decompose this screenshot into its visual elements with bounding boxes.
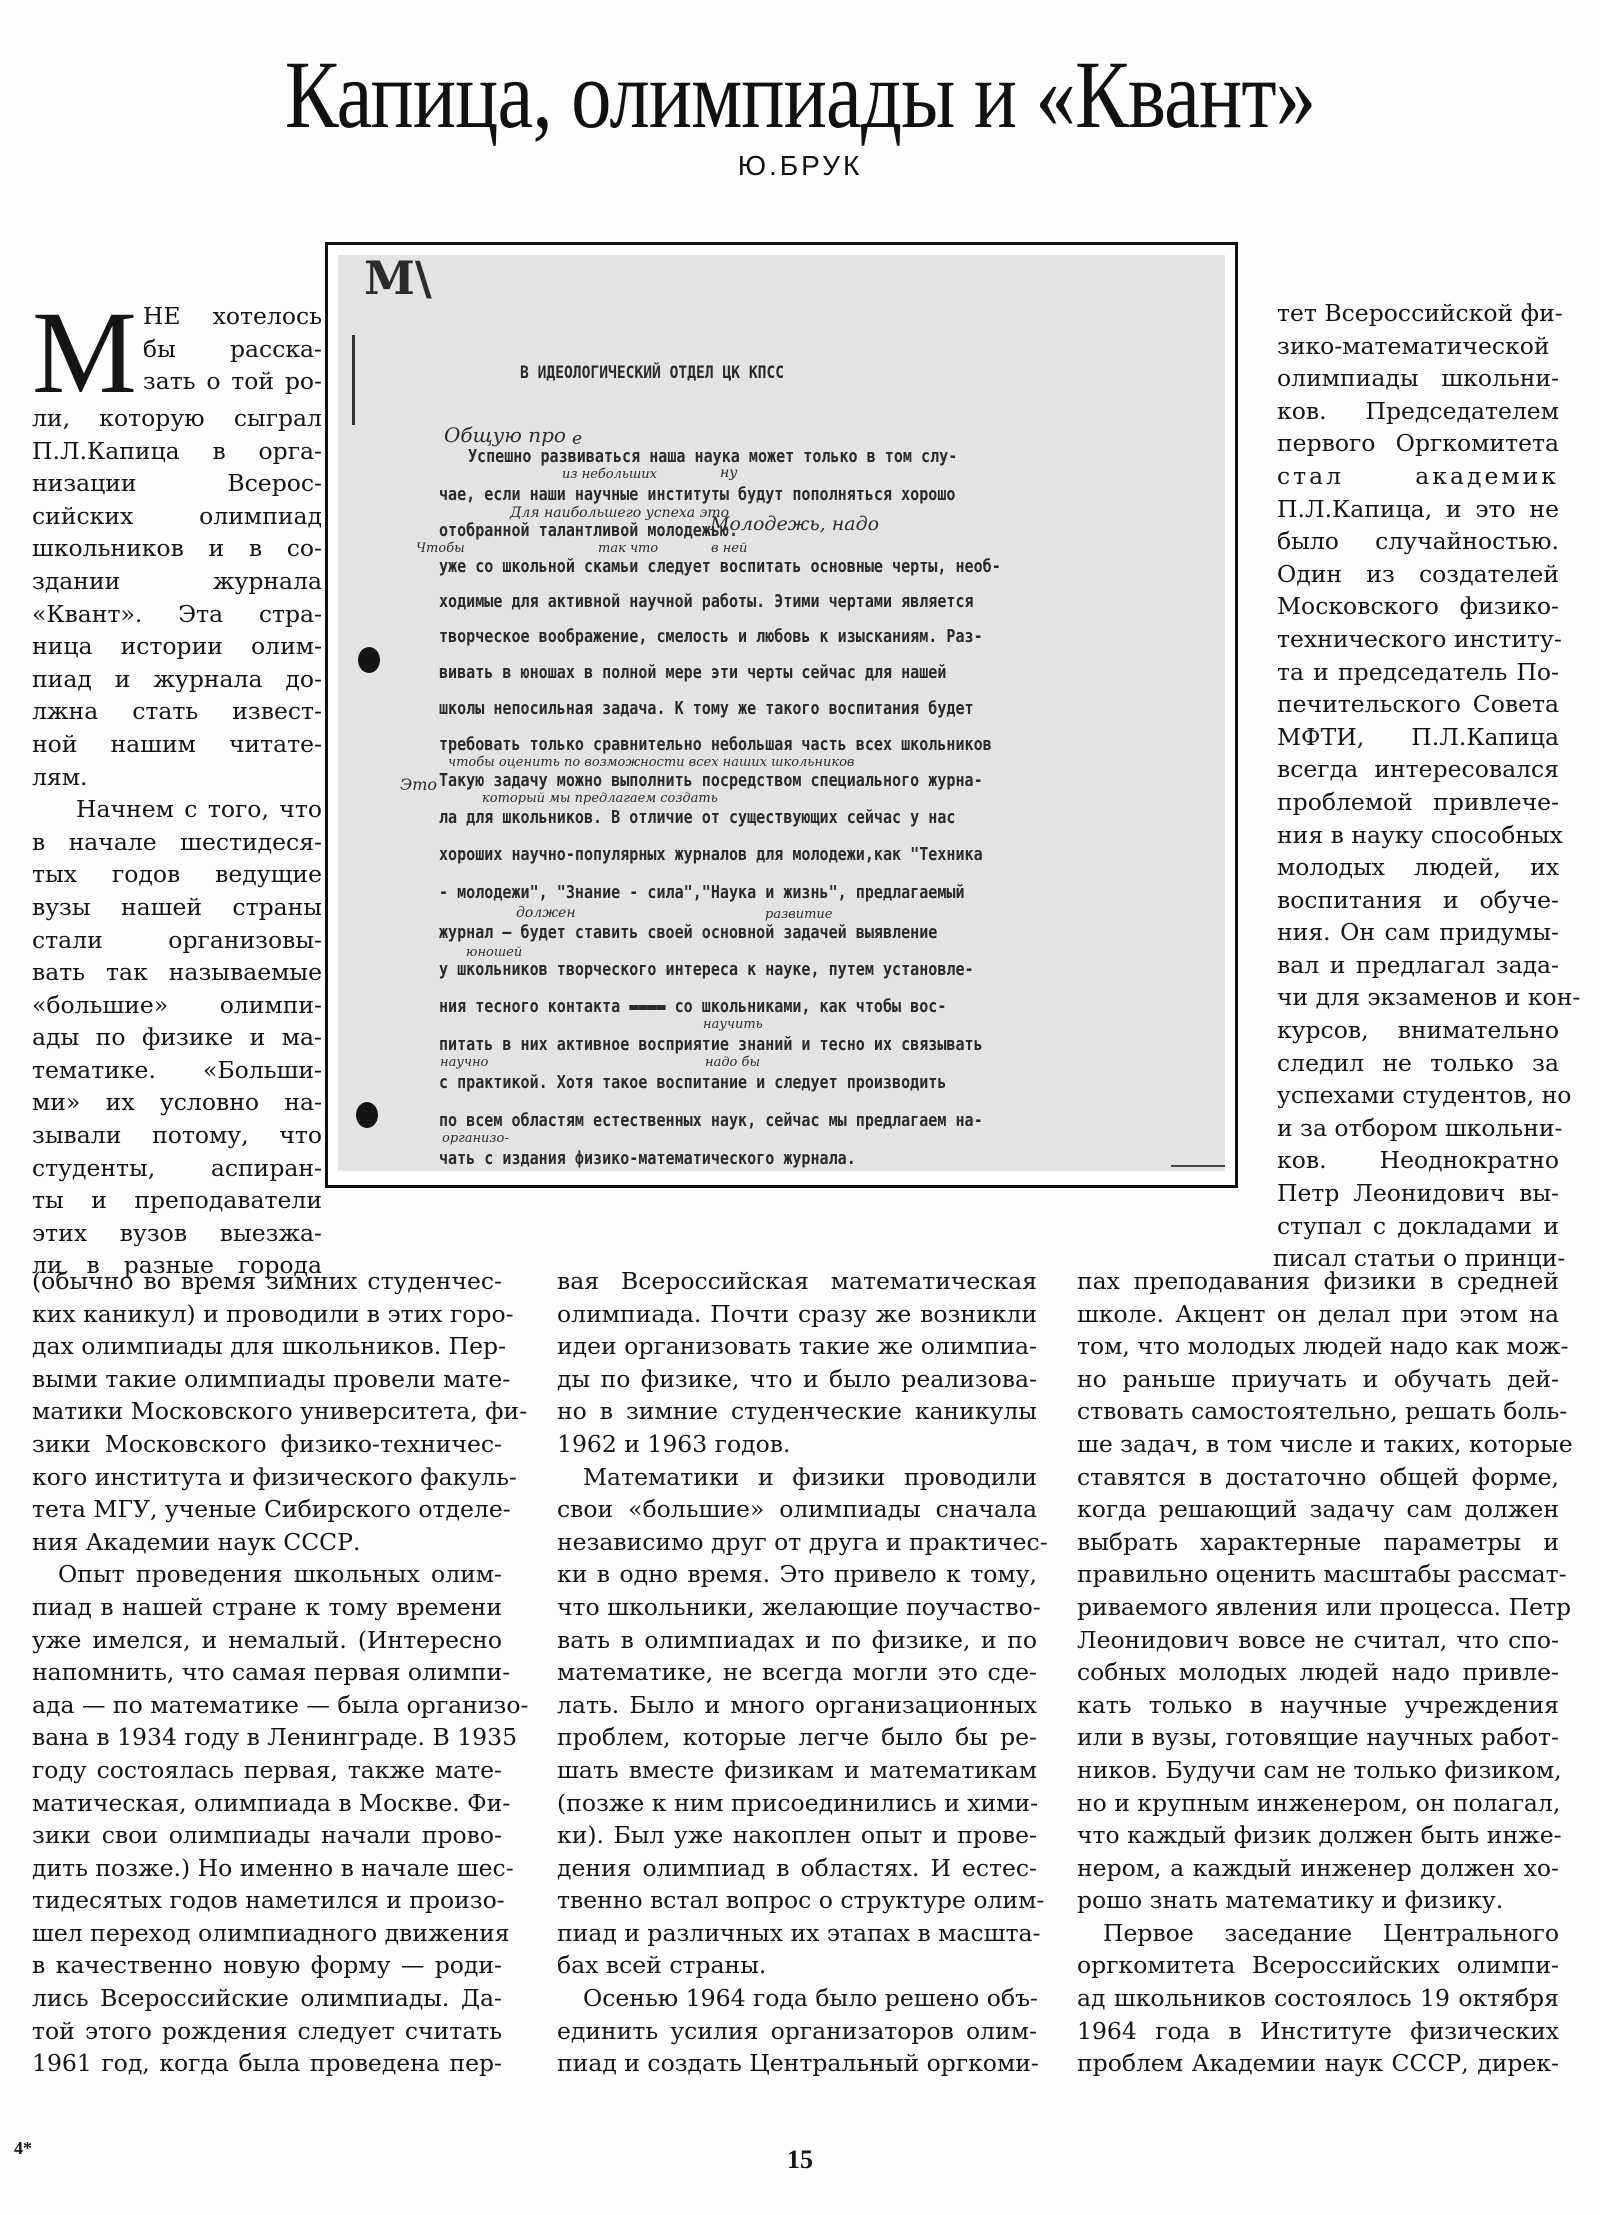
text-line: 1962 и 1963 годов. [557, 1428, 1037, 1461]
text-line: Опыт проведения школьных олим- [32, 1558, 502, 1591]
text-line: вал и предлагал зада- [1277, 949, 1559, 982]
text-line: ница истории олим- [32, 630, 322, 663]
text-line: тет Всероссийской фи- [1277, 297, 1559, 330]
text-line: олимпиады школьни- [1277, 362, 1559, 395]
text-line: лжна стать извест- [32, 695, 322, 728]
text-line: бах всей страны. [557, 1949, 1037, 1982]
text-line: ния. Он сам придумы- [1277, 916, 1559, 949]
document-heading: В ИДЕОЛОГИЧЕСКИЙ ОТДЕЛ ЦК КПСС [520, 363, 784, 383]
text-line: той этого рождения следует считать [32, 2015, 502, 2048]
text-line: этих вузов выезжа- [32, 1217, 322, 1250]
handwritten-note: е [572, 429, 582, 449]
handwritten-note: Для наибольшего успеха это [510, 505, 729, 521]
text-line: проблемой привлече- [1277, 786, 1559, 819]
text-line: проблем, которые легче было бы ре- [557, 1721, 1037, 1754]
handwritten-note: надо бы [705, 1055, 760, 1070]
text-line: олимпиада. Почти сразу же возникли [557, 1298, 1037, 1331]
typed-line: отобранной талантливой молодежью. [439, 521, 738, 541]
text-line: свои «большие» олимпиады сначала [557, 1493, 1037, 1526]
text-line: пах преподавания физики в средней [1077, 1265, 1559, 1298]
text-line: стали организовы- [32, 924, 322, 957]
text-line: Один из создателей [1277, 558, 1559, 591]
text-line: печительского Совета [1277, 688, 1559, 721]
text-line: пиад и создать Центральный оргкоми- [557, 2047, 1037, 2080]
text-line: дах олимпиады для школьников. Пер- [32, 1330, 502, 1363]
text-line: низации Всерос- [32, 467, 322, 500]
text-line: идеи организовать такие же олимпиа- [557, 1330, 1037, 1363]
text-line: ки). Был уже накоплен опыт и прове- [557, 1819, 1037, 1852]
text-line: шать вместе физикам и математикам [557, 1754, 1037, 1787]
column-left-narrow: М НЕ хотелось бы расска- зать о той ро- … [32, 300, 322, 1282]
text-line: ты и преподаватели [32, 1184, 322, 1217]
text-line: матики Московского университета, фи- [32, 1395, 502, 1428]
text-line: ми» их условно на- [32, 1086, 322, 1119]
text-line: единить усилия организаторов олим- [557, 2015, 1037, 2048]
manuscript-photo: М\ В ИДЕОЛОГИЧЕСКИЙ ОТДЕЛ ЦК КПСС Общую … [338, 255, 1225, 1171]
punch-hole [358, 647, 380, 673]
typed-line: школы непосильная задача. К тому же тако… [439, 699, 974, 719]
text-line: выми такие олимпиады провели мате- [32, 1363, 502, 1396]
text-line: ды по физике, что и было реализова- [557, 1363, 1037, 1396]
text-line: кать только в научные учреждения [1077, 1689, 1559, 1722]
handwritten-note: так что [598, 541, 658, 556]
text-line: ков. Неоднократно [1277, 1144, 1559, 1177]
text-line: ких каникул) и проводили в этих горо- [32, 1298, 502, 1331]
punch-hole [356, 1102, 378, 1128]
typed-line: ходимые для активной научной работы. Эти… [439, 592, 974, 612]
text-line: Московского физико- [1277, 590, 1559, 623]
handwritten-note: ну [720, 465, 737, 481]
text-line: успехами студентов, но [1277, 1079, 1559, 1112]
text-line: 1961 год, когда была проведена пер- [32, 2047, 502, 2080]
text-line: матическая, олимпиада в Москве. Фи- [32, 1787, 502, 1820]
text-line: (позже к ним присоединились и хими- [557, 1787, 1037, 1820]
text-line: ставятся в достаточно общей форме, [1077, 1461, 1559, 1494]
text-line: что школьники, желающие поучаство- [557, 1591, 1037, 1624]
text-line: Осенью 1964 года было решено объ- [557, 1982, 1037, 2015]
text-line: зики свои олимпиады начали прово- [32, 1819, 502, 1852]
text-line: твенно встал вопрос о структуре олим- [557, 1884, 1037, 1917]
handwritten-corner-mark: М\ [364, 255, 432, 305]
handwritten-note: должен [516, 905, 576, 921]
text-line: ников. Будучи сам не только физиком, [1077, 1754, 1559, 1787]
text-line: том, что молодых людей надо как мож- [1077, 1330, 1559, 1363]
column-middle: вая Всероссийская математическая олимпиа… [557, 1265, 1037, 2080]
text-line: курсов, внимательно [1277, 1014, 1559, 1047]
text-line: воспитания и обуче- [1277, 884, 1559, 917]
text-line: следил не только за [1277, 1047, 1559, 1080]
page-number: 15 [0, 2145, 1600, 2175]
text-line: ки в одно время. Это привело к тому, [557, 1558, 1037, 1591]
typed-line: уже со школьной скамьи следует воспитать… [439, 557, 1001, 577]
article-title: Капица, олимпиады и «Квант» [128, 45, 1472, 145]
text-line: вана в 1934 году в Ленинграде. В 1935 [32, 1721, 502, 1754]
typed-line: у школьников творческого интереса к наук… [439, 960, 974, 980]
text-line: та и председатель По- [1277, 656, 1559, 689]
text-line: тета МГУ, ученые Сибирского отделе- [32, 1493, 502, 1526]
text-line: тых годов ведущие [32, 858, 322, 891]
text-line: дения олимпиад в областях. И естес- [557, 1852, 1037, 1885]
manuscript-figure: М\ В ИДЕОЛОГИЧЕСКИЙ ОТДЕЛ ЦК КПСС Общую … [325, 242, 1238, 1188]
text-line: стал академик [1277, 460, 1559, 493]
text-line: вузы нашей страны [32, 891, 322, 924]
text-line: П.Л.Капица, и это не [1277, 493, 1559, 526]
text-line: оргкомитета Всероссийских олимпи- [1077, 1949, 1559, 1982]
text-line: риваемого явления или процесса. Петр [1077, 1591, 1559, 1624]
text-line: кого института и физического факуль- [32, 1461, 502, 1494]
handwritten-note: научить [703, 1017, 763, 1032]
text-line: (обычно во время зимних студенчес- [32, 1265, 502, 1298]
text-line: что каждый физик должен быть инже- [1077, 1819, 1559, 1852]
column-right-narrow: тет Всероссийской фи- зико-математическо… [1277, 297, 1559, 1275]
text-line: когда решающий задачу сам должен [1077, 1493, 1559, 1526]
column-right-wide: пах преподавания физики в средней школе.… [1077, 1265, 1559, 2080]
handwritten-note: Молодежь, надо [710, 513, 879, 535]
handwritten-note: Чтобы [416, 541, 465, 556]
text-line: ад школьников состоялось 19 октября [1077, 1982, 1559, 2015]
column-left-wide: (обычно во время зимних студенчес- ких к… [32, 1265, 502, 2080]
text-line: независимо друг от друга и практичес- [557, 1526, 1037, 1559]
text-line: Первое заседание Центрального [1077, 1917, 1559, 1950]
text-line: 1964 года в Институте физических [1077, 2015, 1559, 2048]
text-line: вая Всероссийская математическая [557, 1265, 1037, 1298]
text-line: году состоялась первая, также мате- [32, 1754, 502, 1787]
text-line: ков. Председателем [1277, 395, 1559, 428]
text-line: пиад в нашей стране к тому времени [32, 1591, 502, 1624]
typed-line: чае, если наши научные институты будут п… [439, 485, 955, 505]
text-line: зики Московского физико-техничес- [32, 1428, 502, 1461]
text-line: МФТИ, П.Л.Капица [1277, 721, 1559, 754]
text-line: ше задач, в том числе и таких, которые [1077, 1428, 1559, 1461]
handwritten-note: научно [440, 1055, 488, 1070]
text-line: Математики и физики проводили [557, 1461, 1037, 1494]
typed-line: ния тесного контакта ▬▬▬▬ со школьниками… [439, 997, 946, 1017]
text-line: но в зимние студенческие каникулы [557, 1395, 1037, 1428]
text-line: сийских олимпиад [32, 500, 322, 533]
text-line: и за отбором школьни- [1277, 1112, 1559, 1145]
drop-cap: М [32, 306, 137, 402]
text-line: Леонидович вовсе не считал, что спо- [1077, 1624, 1559, 1657]
text-line: уже имелся, и немалый. (Интересно [32, 1624, 502, 1657]
text-line: вать в олимпиадах и по физике, и по [557, 1624, 1037, 1657]
handwritten-note: в ней [711, 541, 747, 556]
text-line: «Квант». Эта стра- [32, 598, 322, 631]
text-line: математике, не всегда могли это сде- [557, 1656, 1037, 1689]
typed-line: хороших научно-популярных журналов для м… [439, 845, 983, 865]
text-line: молодых людей, их [1277, 851, 1559, 884]
text-line: «большие» олимпи- [32, 989, 322, 1022]
typed-line: чать с издания физико-математического жу… [439, 1149, 856, 1169]
handwritten-note: организо- [442, 1131, 509, 1146]
text-line: ады по физике и ма- [32, 1021, 322, 1054]
typed-line: журнал — будет ставить своей основной за… [439, 923, 937, 943]
text-line: в качественно новую форму — роди- [32, 1949, 502, 1982]
text-line: или в вузы, готовящие научных работ- [1077, 1721, 1559, 1754]
text-line: ступал с докладами и [1277, 1210, 1559, 1243]
text-line: нером, а каждый инженер должен хо- [1077, 1852, 1559, 1885]
text-line: тидесятых годов наметился и произо- [32, 1884, 502, 1917]
typed-line: - молодежи", "Знание - сила","Наука и жи… [439, 883, 965, 903]
text-line: ния в науку способных [1277, 819, 1559, 852]
text-line: Начнем с того, что [32, 793, 322, 826]
text-line: студенты, аспиран- [32, 1152, 322, 1185]
text-line: в начале шестидеся- [32, 826, 322, 859]
text-line: рошо знать математику и физику. [1077, 1884, 1559, 1917]
text-line: выбрать характерные параметры и [1077, 1526, 1559, 1559]
handwritten-note: из небольших [562, 467, 657, 482]
typed-line: по всем областям естественных наук, сейч… [439, 1111, 983, 1131]
text-line: но и крупным инженером, он полагал, [1077, 1787, 1559, 1820]
text-line: ли, которую сыграл [32, 402, 322, 435]
handwritten-note: Это [400, 775, 437, 794]
text-line: ной нашим читате- [32, 728, 322, 761]
typed-line: Успешно развиваться наша наука может тол… [468, 447, 957, 467]
text-line: зывали потому, что [32, 1119, 322, 1152]
text-line: ада — по математике — была организо- [32, 1689, 502, 1722]
handwritten-note: чтобы оценить по возможности всех наших … [448, 755, 854, 770]
margin-vertical-line [352, 335, 355, 425]
text-line: здании журнала [32, 565, 322, 598]
text-line: вать так называемые [32, 956, 322, 989]
text-line: пиад и различных их этапах в масшта- [557, 1917, 1037, 1950]
text-line: было случайностью. [1277, 525, 1559, 558]
handwritten-note: Общую про [444, 423, 566, 447]
text-line: собных молодых людей надо привле- [1077, 1656, 1559, 1689]
typed-line: с практикой. Хотя такое воспитание и сле… [439, 1073, 946, 1093]
text-line: правильно оценить масштабы рассмат- [1077, 1558, 1559, 1591]
handwritten-note: юношей [466, 945, 522, 960]
text-line: лись Всероссийские олимпиады. Да- [32, 1982, 502, 2015]
text-line: школе. Акцент он делал при этом на [1077, 1298, 1559, 1331]
typed-line: Такую задачу можно выполнить посредством… [439, 771, 983, 791]
handwritten-note: который мы предлагаем создать [482, 791, 718, 806]
text-line: П.Л.Капица в орга- [32, 435, 322, 468]
signature-underline [1171, 1165, 1225, 1167]
text-line: первого Оргкомитета [1277, 427, 1559, 460]
text-line: школьников и в со- [32, 532, 322, 565]
text-line: зико-математической [1277, 330, 1559, 363]
text-line: лать. Было и много организационных [557, 1689, 1037, 1722]
text-line: технического институ- [1277, 623, 1559, 656]
text-line: всегда интересовался [1277, 753, 1559, 786]
text-line: Петр Леонидович вы- [1277, 1177, 1559, 1210]
typed-line: ла для школьников. В отличие от существу… [439, 808, 955, 828]
text-line: напомнить, что самая первая олимпи- [32, 1656, 502, 1689]
typed-line: требовать только сравнительно небольшая … [439, 735, 992, 755]
text-line: но раньше приучать и обучать дей- [1077, 1363, 1559, 1396]
text-line: ствовать самостоятельно, решать боль- [1077, 1395, 1559, 1428]
text-line: шел переход олимпиадного движения [32, 1917, 502, 1950]
text-line: чи для экзаменов и кон- [1277, 981, 1559, 1014]
typed-line: вивать в юношах в полной мере эти черты … [439, 663, 946, 683]
text-line: дить позже.) Но именно в начале шес- [32, 1852, 502, 1885]
article-author: Ю.БРУК [0, 150, 1600, 182]
text-line: ния Академии наук СССР. [32, 1526, 502, 1559]
typed-line: питать в них активное восприятие знаний … [439, 1035, 983, 1055]
text-line: лям. [32, 761, 322, 794]
typed-line: творческое воображение, смелость и любов… [439, 627, 983, 647]
text-line: проблем Академии наук СССР, дирек- [1077, 2047, 1559, 2080]
handwritten-note: развитие [765, 907, 833, 922]
text-line: тематике. «Больши- [32, 1054, 322, 1087]
text-line: пиад и журнала до- [32, 663, 322, 696]
